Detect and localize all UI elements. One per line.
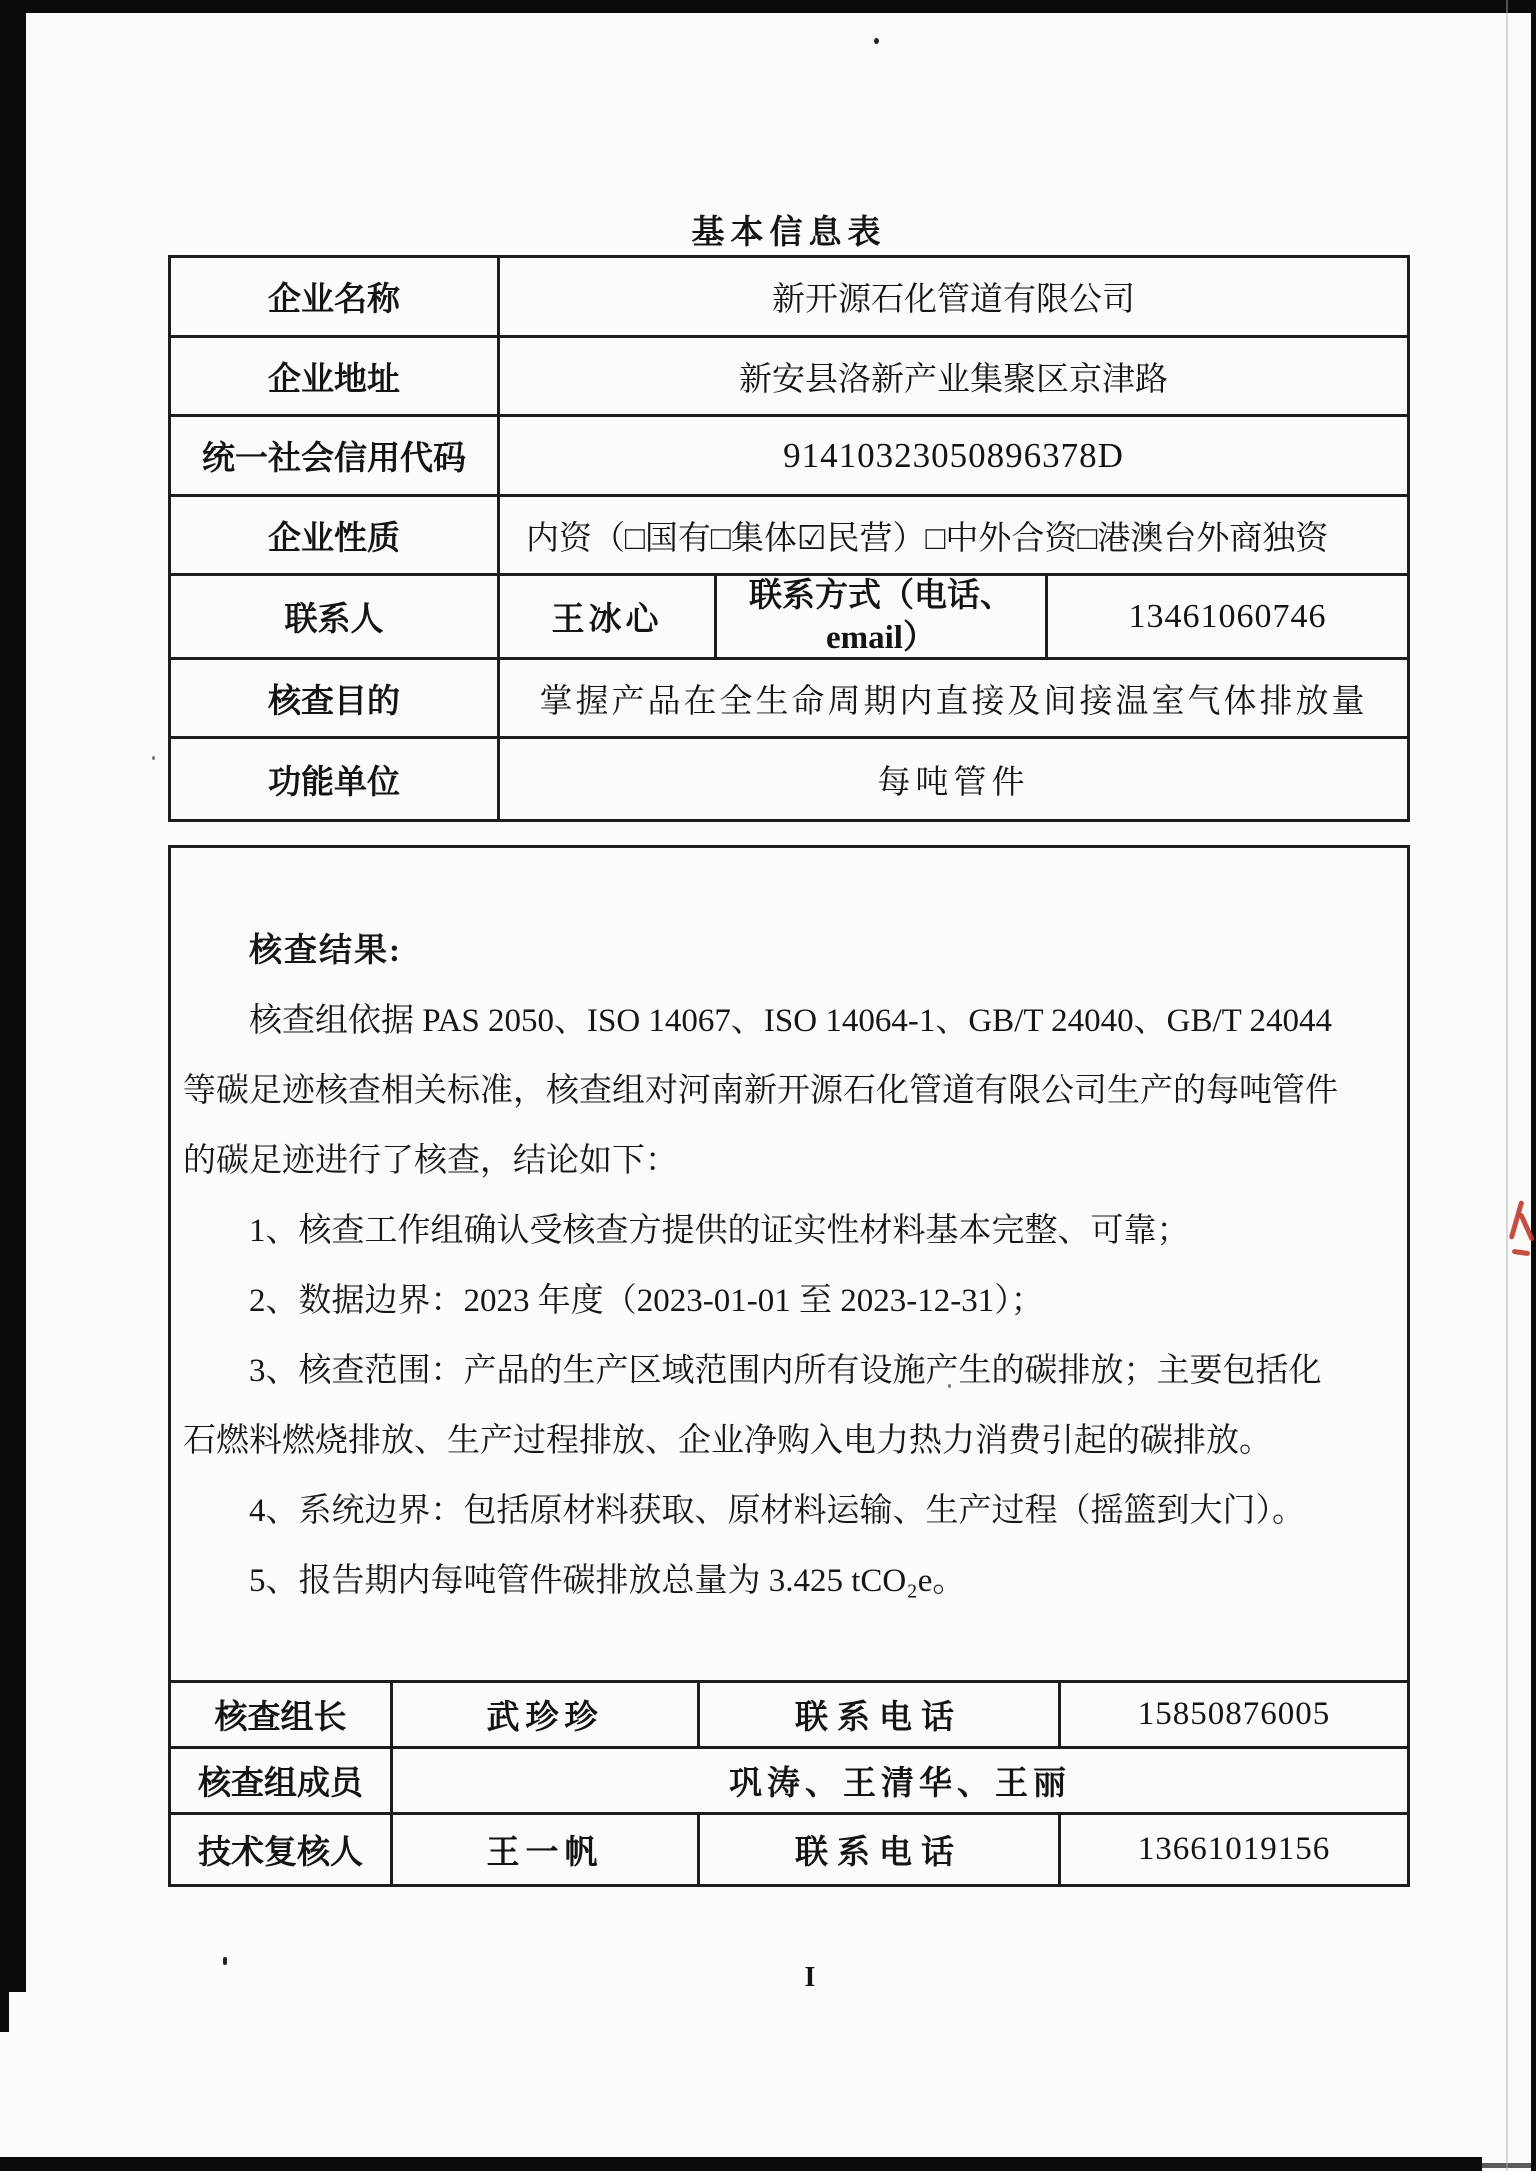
row-label: 统一社会信用代码 [171,417,500,494]
verification-results-section: 核查结果: 核查组依据 PAS 2050、ISO 14067、ISO 14064… [168,845,1410,1680]
technical-reviewer-name: 王一帆 [393,1815,700,1884]
phone-label: 联系电话 [700,1683,1061,1746]
scan-edge-bottom [0,2157,1482,2171]
results-line: 2、数据边界：2023 年度（2023-01-01 至 2023-12-31）； [183,1266,1395,1336]
scan-edge-right-faint [1506,0,1508,2171]
table-row-technical-reviewer: 技术复核人 王一帆 联系电话 13661019156 [171,1815,1407,1884]
results-line: 3、核查范围：产品的生产区域范围内所有设施产生的碳排放；主要包括化 [183,1336,1395,1406]
row-label: 功能单位 [171,739,500,819]
page-number: I [770,1962,850,1994]
basic-info-table: 企业名称 新开源石化管道有限公司 企业地址 新安县洛新产业集聚区京津路 统一社会… [168,255,1410,822]
results-line: 石燃料燃烧排放、生产过程排放、企业净购入电力热力消费引起的碳排放。 [183,1406,1395,1476]
scan-edge-left-tail [0,1992,9,2032]
table-row-company-name: 企业名称 新开源石化管道有限公司 [171,258,1407,338]
company-name-value: 新开源石化管道有限公司 [500,258,1407,335]
team-leader-phone: 15850876005 [1061,1683,1407,1746]
team-members-value: 巩涛、王清华、王丽 [393,1749,1407,1812]
contact-name-value: 王冰心 [500,576,717,657]
table-row-functional-unit: 功能单位 每吨管件 [171,739,1407,819]
table-row-company-address: 企业地址 新安县洛新产业集聚区京津路 [171,338,1407,417]
row-label: 企业地址 [171,338,500,414]
credit-code-value: 91410323050896378D [500,417,1407,494]
red-ink-mark [1512,1249,1531,1256]
row-label: 核查组长 [171,1683,393,1746]
results-line: 等碳足迹核查相关标准，核查组对河南新开源石化管道有限公司生产的每吨管件 [183,1056,1395,1126]
verification-purpose-value: 掌握产品在全生命周期内直接及间接温室气体排放量 [500,660,1407,736]
scan-edge-left [0,0,26,1992]
contact-method-label: 联系方式（电话、email） [717,576,1048,657]
ink-speck [874,38,879,44]
ink-speck [152,756,155,760]
table-row-team-members: 核查组成员 巩涛、王清华、王丽 [171,1749,1407,1815]
document-title: 基本信息表 [168,206,1410,253]
row-label: 企业性质 [171,497,500,573]
ink-speck [223,1957,227,1965]
table-row-credit-code: 统一社会信用代码 91410323050896378D [171,417,1407,497]
scan-edge-top [0,0,1536,13]
row-label: 联系人 [171,576,500,657]
results-line: 4、系统边界：包括原材料获取、原材料运输、生产过程（摇篮到大门）。 [183,1476,1395,1546]
scanned-document-page: 基本信息表 企业名称 新开源石化管道有限公司 企业地址 新安县洛新产业集聚区京津… [0,0,1536,2171]
phone-label: 联系电话 [700,1815,1061,1884]
table-row-company-nature: 企业性质 内资（□国有□集体☑民营）□中外合资□港澳台外商独资 [171,497,1407,576]
contact-phone-value: 13461060746 [1048,576,1407,657]
verification-team-table: 核查组长 武珍珍 联系电话 15850876005 核查组成员 巩涛、王清华、王… [168,1680,1410,1887]
technical-reviewer-phone: 13661019156 [1061,1815,1407,1884]
table-row-team-leader: 核查组长 武珍珍 联系电话 15850876005 [171,1683,1407,1749]
company-address-value: 新安县洛新产业集聚区京津路 [500,338,1407,414]
results-line: 核查组依据 PAS 2050、ISO 14067、ISO 14064-1、GB/… [183,986,1395,1056]
table-row-contact: 联系人 王冰心 联系方式（电话、email） 13461060746 [171,576,1407,660]
results-line: 1、核查工作组确认受核查方提供的证实性材料基本完整、可靠； [183,1196,1395,1266]
table-row-verification-purpose: 核查目的 掌握产品在全生命周期内直接及间接温室气体排放量 [171,660,1407,739]
scan-edge-bottom-tail [1482,2163,1536,2168]
row-label: 核查目的 [171,660,500,736]
results-line: 5、报告期内每吨管件碳排放总量为 3.425 tCO₂e。 [183,1546,1395,1616]
company-nature-value: 内资（□国有□集体☑民营）□中外合资□港澳台外商独资 [500,497,1407,573]
results-line: 的碳足迹进行了核查，结论如下： [183,1126,1395,1196]
row-label: 核查组成员 [171,1749,393,1812]
results-heading: 核查结果: [183,916,1395,986]
functional-unit-value: 每吨管件 [500,739,1407,819]
row-label: 技术复核人 [171,1815,393,1884]
team-leader-name: 武珍珍 [393,1683,700,1746]
row-label: 企业名称 [171,258,500,335]
scan-edge-right [1531,0,1536,2171]
